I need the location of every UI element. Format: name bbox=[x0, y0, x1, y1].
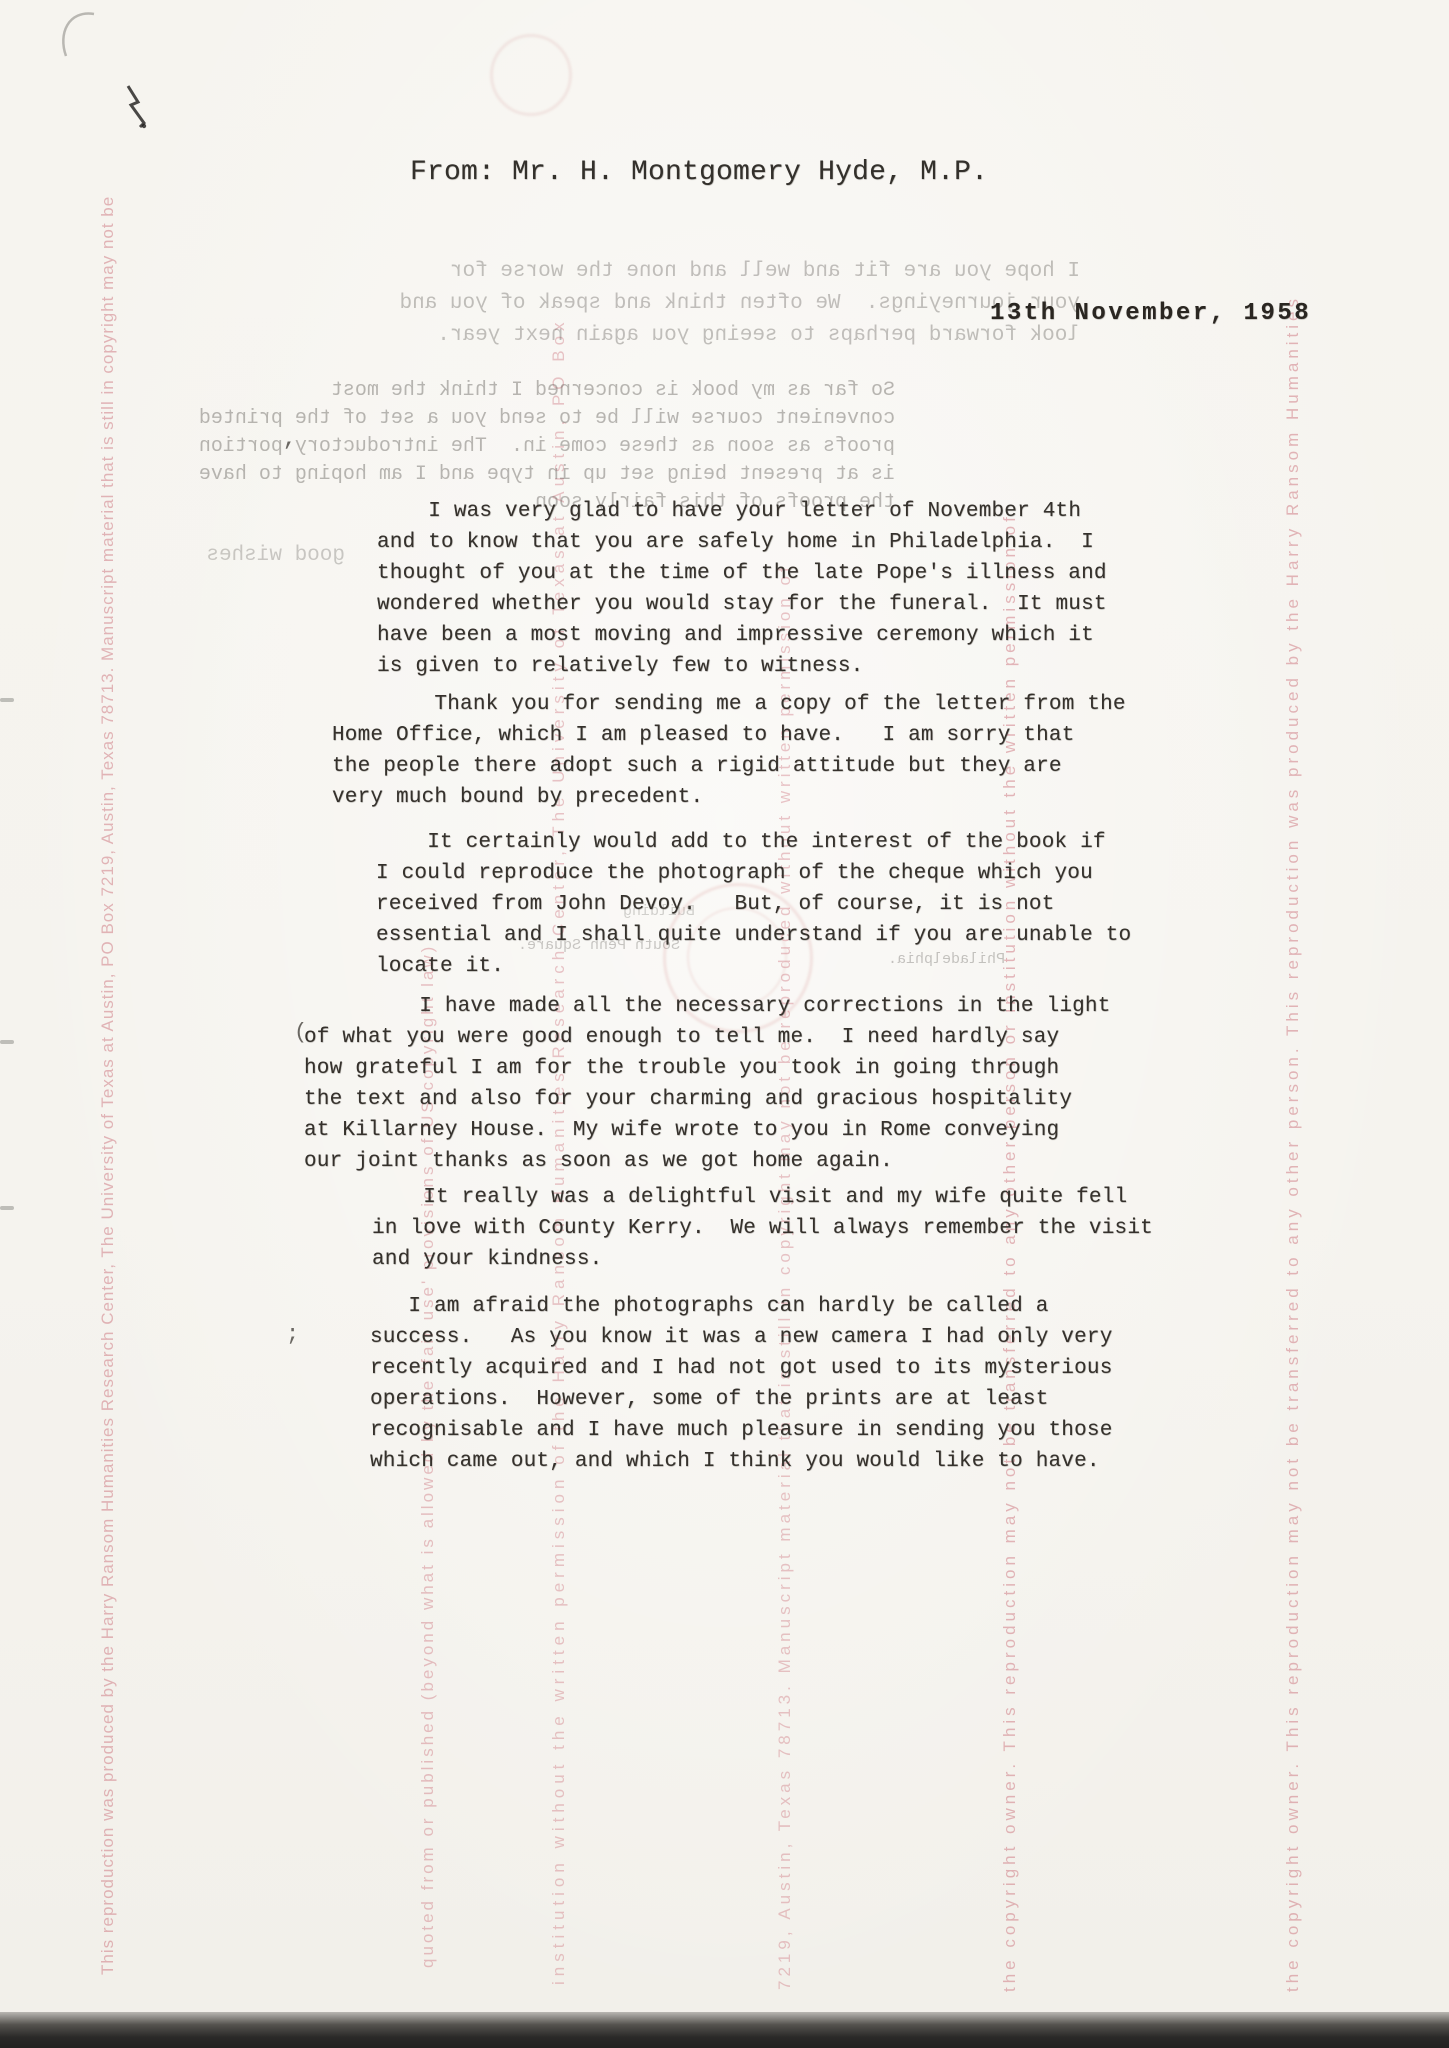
letter-paragraph-3: It certainly would add to the interest o… bbox=[376, 827, 1176, 982]
watermark-strip-right: the copyright owner. This reproduction m… bbox=[1283, 295, 1303, 1992]
scan-edge-tick bbox=[0, 1206, 14, 1210]
watermark-strip-left: This reproduction was produced by the Ha… bbox=[98, 196, 118, 1975]
ink-squiggle-mark bbox=[120, 82, 156, 132]
scan-edge-tick bbox=[0, 1040, 14, 1044]
letter-paragraph-2: Thank you for sending me a copy of the l… bbox=[332, 689, 1152, 813]
scanned-letter-page: This reproduction was produced by the Ha… bbox=[0, 0, 1449, 2048]
seal-stamp-top bbox=[490, 34, 572, 116]
scan-edge-tick bbox=[0, 698, 14, 702]
stray-apostrophe-mark: ’ bbox=[281, 440, 295, 467]
scanner-bottom-edge bbox=[0, 2012, 1449, 2048]
bleedthrough-fragment-good-wishes: good wishes bbox=[185, 540, 345, 572]
letter-paragraph-1: I was very glad to have your letter of N… bbox=[377, 496, 1177, 682]
pencil-curve-mark bbox=[50, 6, 100, 66]
stray-semicolon-mark: ; bbox=[286, 1322, 299, 1347]
bleedthrough-block-greeting: I hope you are fit and well and none the… bbox=[230, 256, 1080, 352]
letter-date: 13th November, 1958 bbox=[990, 298, 1311, 329]
letter-paragraph-4: I have made all the necessary correction… bbox=[304, 991, 1154, 1177]
letter-sender-line: From: Mr. H. Montgomery Hyde, M.P. bbox=[410, 156, 988, 190]
letter-paragraph-6: I am afraid the photographs can hardly b… bbox=[370, 1291, 1170, 1477]
letter-paragraph-5: It really was a delightful visit and my … bbox=[372, 1182, 1182, 1275]
